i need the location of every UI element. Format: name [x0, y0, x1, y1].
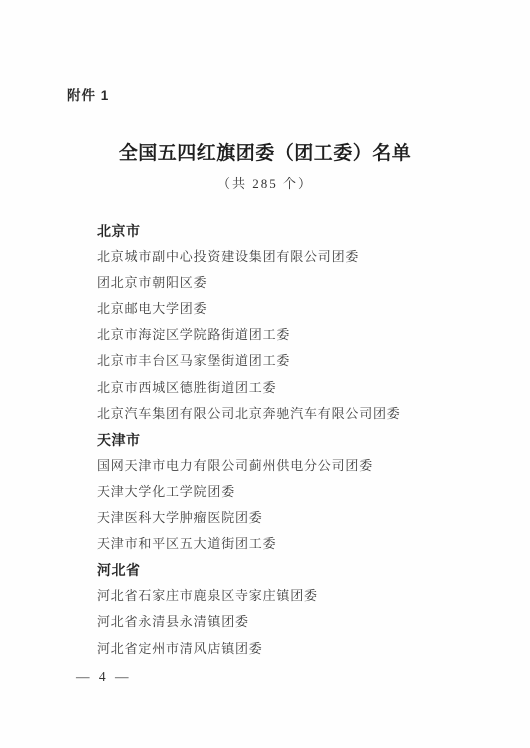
list-item: 北京市海淀区学院路街道团工委: [97, 322, 500, 348]
list-item: 天津医科大学肿瘤医院团委: [97, 505, 500, 531]
document-subtitle: （共 285 个）: [0, 173, 530, 192]
page-number: — 4 —: [76, 669, 132, 685]
list-item: 北京市西城区德胜街道团工委: [97, 375, 500, 401]
list-item: 天津大学化工学院团委: [97, 479, 500, 505]
attachment-label: 附件 1: [67, 84, 109, 104]
list-item: 国网天津市电力有限公司蓟州供电分公司团委: [97, 453, 500, 479]
list-item: 河北省石家庄市鹿泉区寺家庄镇团委: [97, 583, 500, 609]
list-item: 北京汽车集团有限公司北京奔驰汽车有限公司团委: [97, 401, 500, 427]
award-list: 北京市北京城市副中心投资建设集团有限公司团委团北京市朝阳区委北京邮电大学团委北京…: [97, 218, 500, 662]
list-item: 北京城市副中心投资建设集团有限公司团委: [97, 244, 500, 270]
list-item: 团北京市朝阳区委: [97, 270, 500, 296]
list-item: 河北省永清县永清镇团委: [97, 609, 500, 635]
document-page: 附件 1 全国五四红旗团委（团工委）名单 （共 285 个） 北京市北京城市副中…: [0, 0, 530, 748]
list-item: 天津市和平区五大道街团工委: [97, 531, 500, 557]
list-item: 北京市丰台区马家堡街道团工委: [97, 348, 500, 374]
section-header: 河北省: [97, 557, 500, 583]
list-item: 河北省定州市清风店镇团委: [97, 636, 500, 662]
document-title: 全国五四红旗团委（团工委）名单: [0, 138, 530, 165]
section-header: 北京市: [97, 218, 500, 244]
list-item: 北京邮电大学团委: [97, 296, 500, 322]
section-header: 天津市: [97, 427, 500, 453]
